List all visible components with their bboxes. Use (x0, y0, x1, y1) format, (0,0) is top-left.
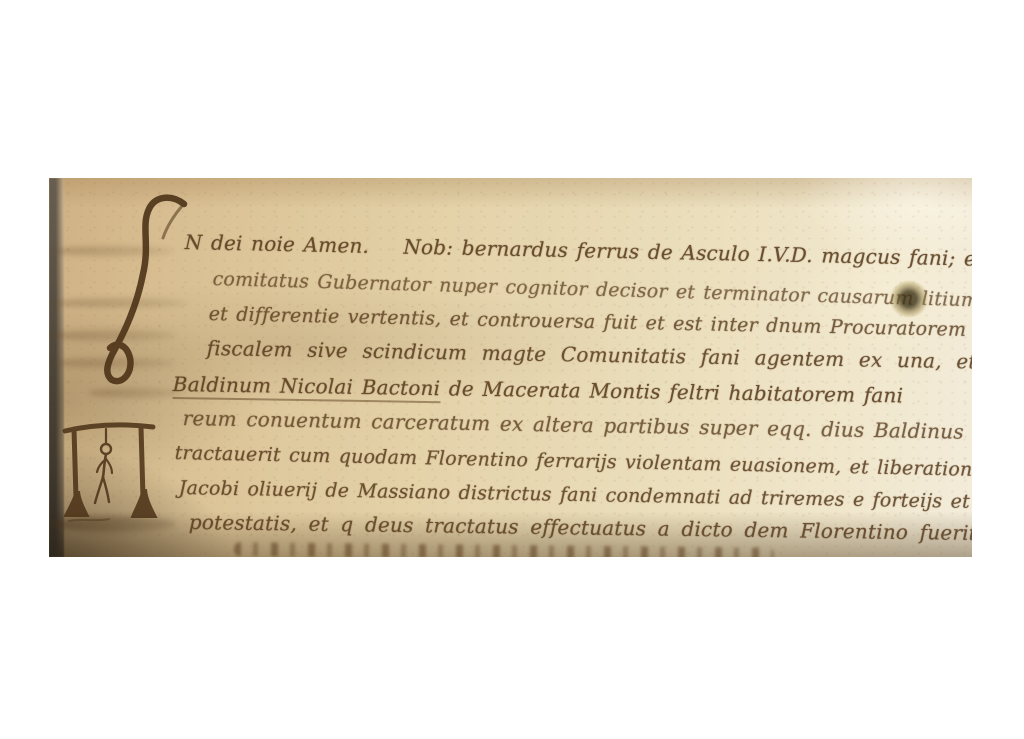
manuscript-line-1: N dei noie Amen. Nob: bernardus ferrus d… (184, 229, 972, 273)
manuscript-line-5: Baldinum Nicolai Bactoni de Macerata Mon… (173, 371, 904, 408)
manuscript-line-9: potestatis, et q deus tractatus effectua… (189, 509, 972, 546)
clipped-text-line (234, 542, 774, 557)
ink-bleed-mark (88, 388, 184, 398)
page: N dei noie Amen. Nob: bernardus ferrus d… (0, 0, 1024, 739)
ink-stain (890, 281, 928, 317)
gallows-drawing (61, 416, 161, 526)
manuscript-line-8: Jacobi oliuerij de Massiano districtus f… (179, 475, 971, 515)
manuscript-line-5-rest: de Macerata Montis feltri habitatorem fa… (440, 376, 903, 407)
illuminated-initial-j-flourish (87, 192, 199, 388)
manuscript-line-6: reum conuentum carceratum ex altera part… (183, 405, 964, 445)
underlined-name: Baldinum Nicolai Bactoni (173, 372, 441, 403)
manuscript-photo: N dei noie Amen. Nob: bernardus ferrus d… (49, 178, 972, 557)
manuscript-line-4: fiscalem sive scindicum magte Comunitati… (207, 335, 972, 374)
